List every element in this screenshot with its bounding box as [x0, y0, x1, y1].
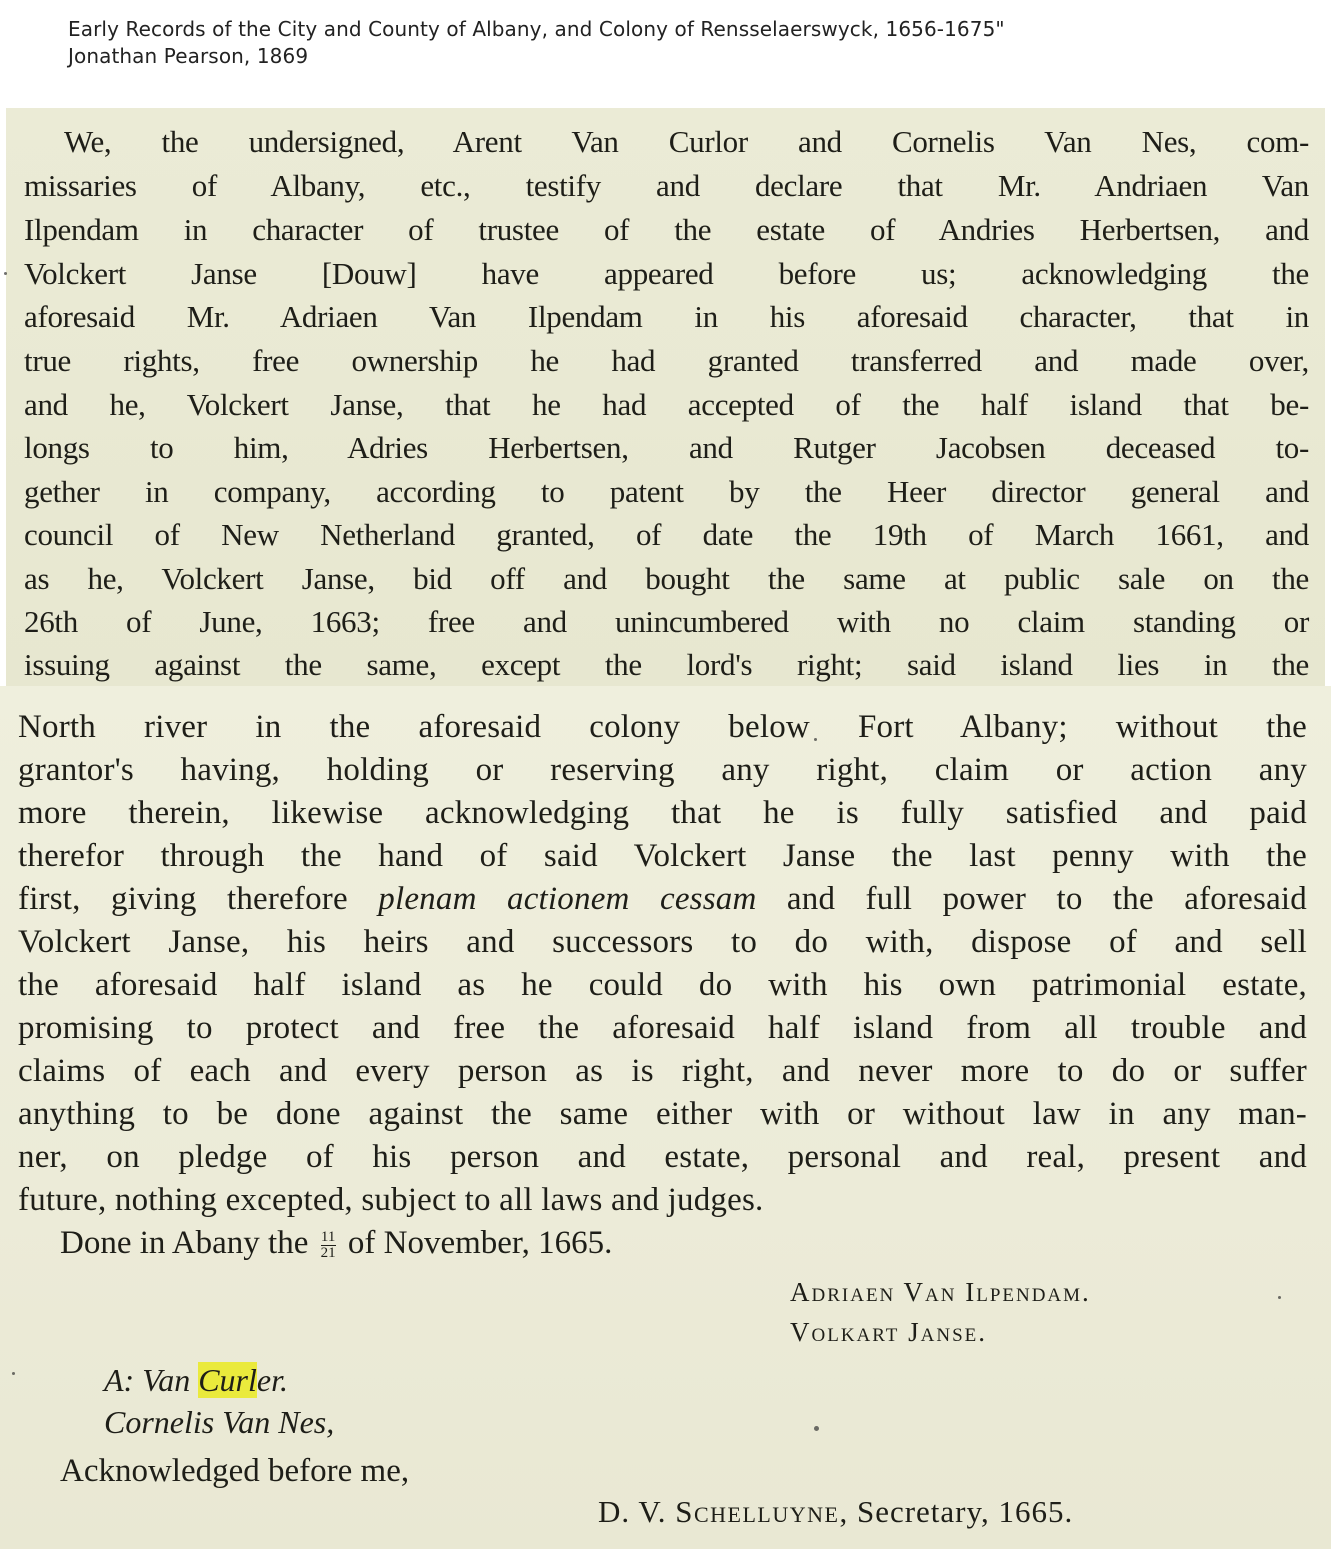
fraction-denominator: 21	[321, 1246, 336, 1261]
text-line: We, the undersigned, Arent Van Curlor an…	[64, 120, 1309, 164]
text-line: Volckert Janse, his heirs and successors…	[18, 921, 1307, 964]
text-line: grantor's having, holding or reserving a…	[18, 749, 1307, 792]
caption-author: Jonathan Pearson, 1869	[68, 43, 1005, 70]
text-line: gether in company, according to patent b…	[24, 470, 1309, 514]
scan-speck	[814, 1426, 819, 1431]
search-highlight: Curl	[198, 1362, 257, 1398]
scanned-page-bottom: North river in the aforesaid colony belo…	[0, 686, 1331, 1549]
scan-speck	[4, 272, 7, 275]
text-line: Volckert Janse [Douw] have appeared befo…	[24, 252, 1309, 296]
acknowledged-line: Acknowledged before me,	[60, 1450, 409, 1493]
signature-janse: Volkart Janse.	[790, 1312, 987, 1352]
text-line: therefor through the hand of said Volcke…	[18, 835, 1307, 878]
text-line: true rights, free ownership he had grant…	[24, 339, 1309, 383]
latin-phrase: plenam actionem cessam	[378, 881, 756, 917]
text-line: future, nothing excepted, subject to all…	[18, 1179, 763, 1222]
text-line-with-latin: first, giving therefore plenam actionem …	[18, 878, 1307, 921]
signature-van-curler: A: Van Curler.	[104, 1360, 288, 1400]
document-caption: Early Records of the City and County of …	[68, 16, 1005, 70]
scanned-page-top: We, the undersigned, Arent Van Curlor an…	[6, 108, 1325, 686]
text-line: longs to him, Adries Herbertsen, and Rut…	[24, 426, 1309, 470]
text-line: and he, Volckert Janse, that he had acce…	[24, 383, 1309, 427]
text-line: anything to be done against the same eit…	[18, 1093, 1307, 1136]
text-segment: and full power to the aforesaid	[756, 881, 1307, 917]
text-line: council of New Netherland granted, of da…	[24, 513, 1309, 557]
text-line: Ilpendam in character of trustee of the …	[24, 208, 1309, 252]
fraction-date: 1121	[321, 1230, 336, 1261]
signature-van-ilpendam: Adriaen Van Ilpendam.	[790, 1272, 1091, 1312]
text-segment: D. V.	[598, 1494, 675, 1529]
text-line: promising to protect and free the afores…	[18, 1007, 1307, 1050]
text-line: as he, Volckert Janse, bid off and bough…	[24, 557, 1309, 601]
caption-title: Early Records of the City and County of …	[68, 16, 1005, 43]
text-line: the aforesaid half island as he could do…	[18, 964, 1307, 1007]
text-segment: of November, 1665.	[340, 1225, 613, 1261]
scan-speck	[12, 1372, 15, 1375]
text-segment: Done in Abany the	[60, 1225, 317, 1261]
text-line: aforesaid Mr. Adriaen Van Ilpendam in hi…	[24, 295, 1309, 339]
text-line: 26th of June, 1663; free and unincumbere…	[24, 600, 1309, 644]
text-segment: , Secretary, 1665.	[839, 1494, 1073, 1529]
signature-van-nes: Cornelis Van Nes,	[104, 1402, 334, 1442]
text-line: more therein, likewise acknowledging tha…	[18, 792, 1307, 835]
text-segment: er.	[257, 1362, 288, 1398]
fraction-numerator: 11	[321, 1230, 336, 1246]
text-line: claims of each and every person as is ri…	[18, 1050, 1307, 1093]
done-date-line: Done in Abany the 1121 of November, 1665…	[60, 1222, 612, 1265]
text-segment: A: Van	[104, 1362, 198, 1398]
text-line: issuing against the same, except the lor…	[24, 643, 1309, 687]
text-segment: first, giving therefore	[18, 881, 378, 917]
text-line: North river in the aforesaid colony belo…	[18, 706, 1307, 749]
text-line: missaries of Albany, etc., testify and d…	[24, 164, 1309, 208]
scan-speck	[1278, 1296, 1281, 1299]
text-line: ner, on pledge of his person and estate,…	[18, 1136, 1307, 1179]
secretary-signature: D. V. Schelluyne, Secretary, 1665.	[598, 1490, 1073, 1533]
scan-speck	[814, 738, 817, 741]
secretary-name: Schelluyne	[675, 1494, 839, 1529]
